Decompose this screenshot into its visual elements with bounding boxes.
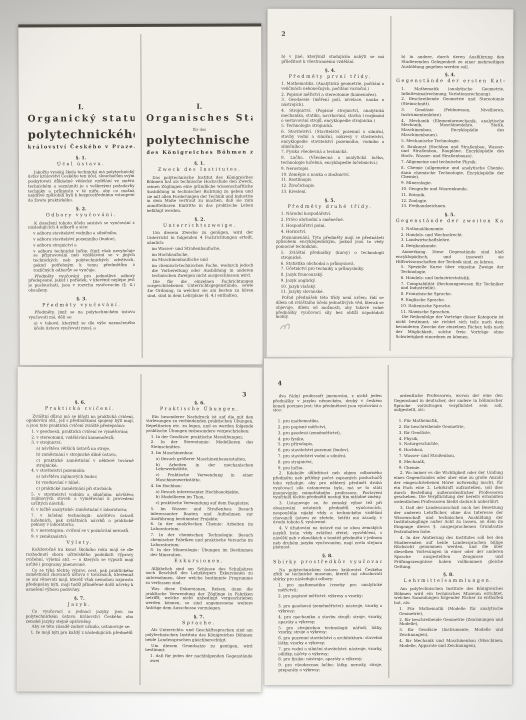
document-photo: I.Organický statutpolytechnického ústavu…: [0, 0, 526, 720]
text-block-li: 9. v zeměznalství:: [26, 535, 134, 540]
czech-column: §. 6.Praktická cvičení.Zvláštní důraz má…: [25, 377, 134, 682]
text-block-p: dva řádní professoři jmenováni, z nichž …: [273, 394, 382, 413]
text-block-li: 8. pro strojnictví,: [273, 460, 382, 465]
text-block-p: Um diesem Grundsatze zu genügen, wird be…: [145, 644, 253, 654]
text-block-sec: §. 7.: [26, 596, 134, 601]
text-block-roman: I.: [28, 102, 135, 111]
text-block-li: 7. In der chemischen Technologie: Besuch…: [145, 533, 253, 548]
text-block-li: 13. Kreslení.: [276, 190, 384, 195]
czech-column: dva řádní professoři jmenováni, z nichž …: [273, 368, 383, 675]
text-block-p: Was diese Exkursionen, Reisen, dann die …: [145, 587, 253, 611]
text-block-p: Die Reihenfolge der Vorträge dieser Kate…: [396, 315, 504, 339]
text-block-head: Jazyk.: [26, 602, 134, 607]
text-block-t1: Organický statut: [28, 114, 135, 124]
text-block-head: Sbírky prostředkův vyučovacích.: [273, 560, 382, 565]
text-block-li: 1. Mathematik (analytische Geometrie, In…: [396, 87, 504, 97]
german-column: I.Organisches Statutfür daspolytechnisch…: [146, 37, 254, 355]
text-block-sub: království Českého v Praze.: [28, 144, 135, 150]
text-block-li: 4. für Mechanik und Maschinenbau (Maschi…: [394, 639, 503, 649]
text-block-li: 6. Baukunst (Hochbau und Straßenbau, Was…: [396, 145, 504, 160]
text-block-li: a) v takové, kterýmž se dle výše naznače…: [29, 321, 136, 331]
text-block-head: Výlety.: [26, 540, 134, 545]
text-block-li: 4. Hornictví.: [276, 229, 384, 234]
text-block-head: Předměty vyučování.: [28, 303, 135, 308]
text-block-sec: §. 1.: [28, 156, 135, 161]
text-block-p: Ein besonderer Nachdruck ist auf die mit…: [146, 415, 254, 435]
text-block-p: 3. Ustanovuje se, že zemský výbor též př…: [273, 501, 382, 525]
text-block-li: 2. In der Stereotomie: Modellieren des S…: [146, 441, 254, 451]
text-block-p: 2. Kdekoliv důležitost neb objem odborné…: [273, 471, 382, 500]
text-block-sec: §. 2.: [147, 217, 254, 222]
text-block-p: Zvláštní důraz má se klásti na praktická…: [26, 414, 134, 429]
text-block-li: b) in andere, durch deren Ausführung den…: [396, 55, 504, 70]
text-block-p: Das polytechnische Institut des Königrei…: [146, 175, 253, 214]
text-block-li: 6. Stavitelství. (Stavitelství pozemní a…: [276, 130, 384, 149]
statute-page-4: 4 dva řádní professoři jmenováni, z nich…: [264, 358, 513, 686]
text-block-p: Poznamenání. Tyto předměty mají se předn…: [276, 235, 384, 250]
text-block-li: 3. Geodäsie (Feldmessen, Nivellieren, In…: [396, 108, 504, 118]
text-block-head: Zweck des Institutes.: [146, 168, 253, 173]
text-block-mid: für das: [146, 127, 253, 132]
text-block-p: ordentliche Professoren, wovon der eine …: [394, 394, 503, 413]
text-block-li: 3. pro geodesii (zeměměřictví),: [273, 431, 382, 436]
text-block-roman: I.: [146, 102, 253, 111]
text-block-head: Účel ústavu.: [28, 162, 135, 167]
text-block-li: 1. že mají býti pro každý z následujícíc…: [26, 631, 134, 636]
text-block-li: 4. pro mechaniku a stavbu strojů: stroje…: [273, 615, 382, 625]
german-column: §. 6.Praktische Übungen.Ein besonderer N…: [145, 377, 254, 682]
text-block-li: im chemisch-technischen Fache, wodurch j…: [147, 264, 254, 279]
text-block-head: Unterrichtszweige.: [147, 223, 254, 228]
column-divider: [388, 365, 390, 678]
text-block-li: 7. v lučební technologii: návštěva ústav…: [26, 513, 134, 528]
text-block-li: im Wasser- und Straßenbaufache,: [147, 246, 254, 251]
text-block-t1: Organisches Statut: [146, 114, 253, 124]
text-block-head: Praktická cvičení.: [26, 407, 134, 412]
text-block-sec: §. 1.: [146, 162, 253, 167]
text-block-sec: §. 3.: [28, 297, 135, 302]
text-block-li: 3. Geodaesie (měření polí, nivelace, nau…: [276, 98, 384, 108]
czech-column: b) v jiné, kterýmiž studujícím nabýti se…: [276, 19, 385, 348]
text-block-li: 2. Beschreibende Geometrie und Stereotom…: [396, 98, 504, 108]
text-block-li: 13. Freihandzeichnen.: [396, 204, 504, 209]
text-block-p: Co se týká těchto výprav, cest, pak prak…: [26, 568, 134, 592]
text-block-li: 8. Chemie (allgemeine und analytische Ch…: [396, 166, 504, 181]
text-block-li: 5. v stavitelství vodním a silničním: ná…: [26, 492, 134, 507]
text-block-li: 3. für Geodäsie,: [394, 431, 503, 436]
text-block-li: 3. pro geodaesii (zeměměřictví): nástroj…: [273, 604, 382, 614]
text-block-head: Sprache.: [145, 621, 253, 626]
text-block-p: Předměty vyučování pro jednotlivé odbory…: [28, 274, 135, 294]
text-block-li: 7. pro vodní a silniční stavitelství: ná…: [273, 647, 382, 657]
text-block-li: 8. Lučba. (Všeobecná a analytická lučba,…: [276, 156, 384, 166]
spacer: [27, 37, 134, 101]
text-block-li: 5. Zvláštní přednášky (kursy) o technolo…: [276, 251, 384, 261]
column-divider: [139, 374, 141, 685]
german-column: b) in andere, durch deren Ausführung den…: [396, 19, 505, 348]
text-block-p: Co vyučovací a jednací jazyky jsou na po…: [26, 610, 134, 625]
text-block-li: 1. daß für jeden der nachfolgenden Gegen…: [145, 654, 253, 664]
text-block-li: 5. pro strojnickou technologii: nářadí, …: [273, 626, 382, 636]
text-block-head: Exkursionen.: [145, 559, 253, 564]
text-block-li: 1. Nationalökonomie.: [396, 227, 504, 232]
text-block-li: 5. Spezielle Kurse über einzelne Zweige …: [396, 265, 504, 275]
text-block-li: 8. Mechanik,: [394, 460, 503, 465]
text-block-sec: §. 5.: [276, 199, 384, 204]
text-block-head: Předměty první třídy.: [276, 74, 384, 79]
czech-column: I.Organický statutpolytechnického ústavu…: [27, 37, 135, 355]
text-block-p: Anmerkung. Diese Gegenstände sind bloß e…: [396, 250, 504, 265]
text-block-li: 1. Mathematika. (Analytická geometrie, p…: [276, 82, 384, 92]
text-block-sec: §. 2.: [28, 207, 135, 212]
text-block-li: 6. pro pozemní stavitelství a architektu…: [273, 636, 382, 646]
text-block-p: Alljährlich sind am Schlusse des Schulja…: [145, 567, 253, 587]
text-block-sec: §. 7.: [145, 615, 253, 620]
text-block-sec: §. 4.: [276, 68, 384, 73]
text-block-li2: b) Arbeiten in der mechanischen Lehrwerk…: [146, 463, 254, 473]
text-block-li: 6. In der analytischen Chemie: Arbeiten …: [145, 522, 253, 532]
text-block-p: Každoročně ku konci školního roku mají s…: [26, 548, 134, 568]
column-divider: [140, 34, 142, 358]
text-block-sec: §. 8.: [273, 554, 382, 559]
text-block-p: Als Unterrichts- und Geschäftssprachen s…: [145, 628, 253, 643]
text-block-sec: §. 6.: [146, 401, 254, 406]
text-block-p: Um diesem Zwecke zu genügen, wird der Un…: [147, 231, 254, 246]
statute-page-2: 2 b) v jiné, kterýmiž studujícím nabýti …: [267, 9, 514, 359]
text-block-li: b) v jiné, kterýmiž studujícím nabýti se…: [276, 55, 384, 65]
text-block-li: 7. Comptabilität (Rechnungswesen für Tec…: [396, 282, 504, 292]
text-block-sec: §. 5.: [396, 213, 504, 218]
text-block-li: 1. pro mathematiku (vzorky pro analytick…: [273, 583, 382, 593]
text-block-p: 2. Wo immer es die Wichtigkeit oder der …: [394, 471, 503, 505]
text-block-p: K dosažení tohoto účelu sestává se vyučo…: [28, 221, 135, 231]
text-block-li: 3. für Geodäsie (Instrumente, Modelle un…: [394, 628, 503, 638]
column-divider: [390, 16, 392, 351]
text-block-li: 4. Strojnictví. (Popisné strojnictví, an…: [276, 109, 384, 124]
text-block-head: Předměty druhé třídy.: [276, 205, 384, 210]
text-block-p: 4. V úřadování na ústavě má se obou zems…: [273, 526, 382, 550]
text-block-head: Lehrmittelsammlungen.: [394, 579, 503, 584]
text-block-li2: c) Praktische Verwendung in einer Maschi…: [146, 473, 254, 483]
text-block-p: 3. Daß der Landesausschuß auch bei Beset…: [394, 506, 503, 535]
text-block-li: 2. pro popisné měřictví: výkresy a vzork…: [273, 594, 382, 599]
text-block-t2: polytechnische Institut: [146, 133, 253, 147]
text-block-li: 5. Im Wasser- und Straßenbau: Besuch int…: [146, 507, 254, 522]
text-block-t2: polytechnického ústavu: [28, 127, 135, 141]
text-block-head: Gegenstände der zweiten Kategorie.: [396, 219, 504, 224]
text-block-li: 8. In der Mineralogie: Übungen im Bestim…: [145, 548, 253, 558]
statute-title-page: I.Organický statutpolytechnického ústavu…: [18, 23, 262, 365]
text-block-head: Praktische Übungen.: [146, 407, 254, 412]
text-block-p: Am polytechnischen Institute des Königre…: [394, 587, 503, 606]
text-block-li2: c) praktické zaměstnání v některé továrn…: [26, 458, 134, 468]
text-block-p: Jakožto vysoká škola technická má polyte…: [28, 170, 135, 204]
text-block-head: Odbory vyučování.: [28, 213, 135, 218]
text-block-p: Na polytechnickém ústavu království Česk…: [273, 568, 382, 583]
pencil-mark: [279, 316, 295, 332]
text-block-li: 1. Für Mathematik (Modelle für analytisc…: [394, 607, 503, 617]
text-block-sec: §. 8.: [394, 573, 503, 578]
statute-page-3: 3 §. 6.Praktická cvičení.Zvláštní důraz …: [16, 367, 262, 693]
text-block-p: Die für die einzelnen Fachrichtungen vor…: [147, 279, 254, 299]
text-block-li: v odboru technické lučby, čímž však nevy…: [28, 249, 135, 273]
text-block-sec: §. 6.: [26, 401, 134, 406]
text-block-sub: des Königreiches Böhmen zu Prag.: [146, 150, 253, 156]
text-block-li: 4. Mechanik (Elementarmechanik, analytis…: [396, 119, 504, 138]
text-block-li: 9. pro všeobecnou lučbu: látky, nerosty,…: [273, 663, 382, 673]
text-block-p: Předměty, jimž se na polytechnickém ústa…: [29, 310, 136, 320]
text-block-li: 2. für beschreibende Geometrie (Zeichnun…: [394, 617, 503, 627]
german-column: ordentliche Professoren, wovon der eine …: [394, 368, 504, 675]
text-block-head: Gegenstände der ersten Kategorie.: [396, 79, 504, 84]
text-block-sec: §. 4.: [396, 73, 504, 78]
spacer: [146, 37, 253, 101]
text-block-p: 4. In der Amtierung des Institutes soll …: [394, 535, 503, 569]
